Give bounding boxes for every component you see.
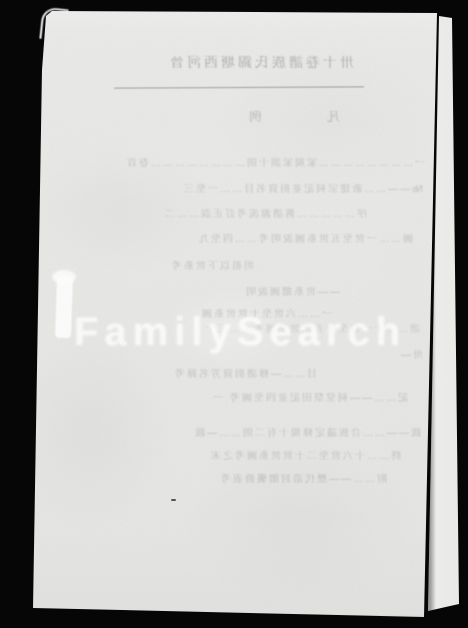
bleedthrough-toc-line: ——世系總圖說明 <box>222 287 340 299</box>
bleedthrough-toc-line: №——……新建宗祠記並捐資名目……一至三 <box>97 184 423 196</box>
scanned-page: 卅十卷譜族氏錦塘西河晉 凡 例 一……………………家規家訓十則……………………卷… <box>0 0 468 628</box>
bleedthrough-title-line: 卅十卷譜族氏錦塘西河晉 <box>158 56 354 68</box>
bleedthrough-toc-line: 終……十六世至二十世世系圖考之末 <box>95 451 401 463</box>
bleedthrough-toc-line: 跋——……合族議定條規十有二則……—跋 <box>93 428 421 440</box>
bleedthrough-heading: 凡 例 <box>230 111 340 123</box>
bleedthrough-toc-line: 記……——祠堂祭田記並四至圖考 一 <box>102 393 408 405</box>
bleedthrough-toc-line: 一……………………家規家訓十則……………………卷首 <box>95 158 425 170</box>
familysearch-watermark: FamilySearch <box>74 310 424 355</box>
bleedthrough-toc-line: 目……—修譜捐資芳名錄考 <box>95 369 317 381</box>
bleedthrough-toc-line: 圖……一世至五世系圖說明考……四至九 <box>95 234 413 246</box>
bleedthrough-toc-line: 坦祖以下世系考 <box>92 261 254 273</box>
familysearch-logo-bar <box>55 276 73 339</box>
bleedthrough-toc-line: 序……………舊譜源流考訂正誤……二 <box>95 209 367 221</box>
title-divider-rule <box>114 86 364 88</box>
scanned-document-frame: { "page": { "title_line": "卅十卷譜族氏錦塘西河晉",… <box>0 0 468 628</box>
bleedthrough-toc-line: 附……——歷代誥封贈襲爵表考 <box>95 474 387 486</box>
page-corner-curl <box>39 7 68 42</box>
ink-speck <box>171 499 176 501</box>
